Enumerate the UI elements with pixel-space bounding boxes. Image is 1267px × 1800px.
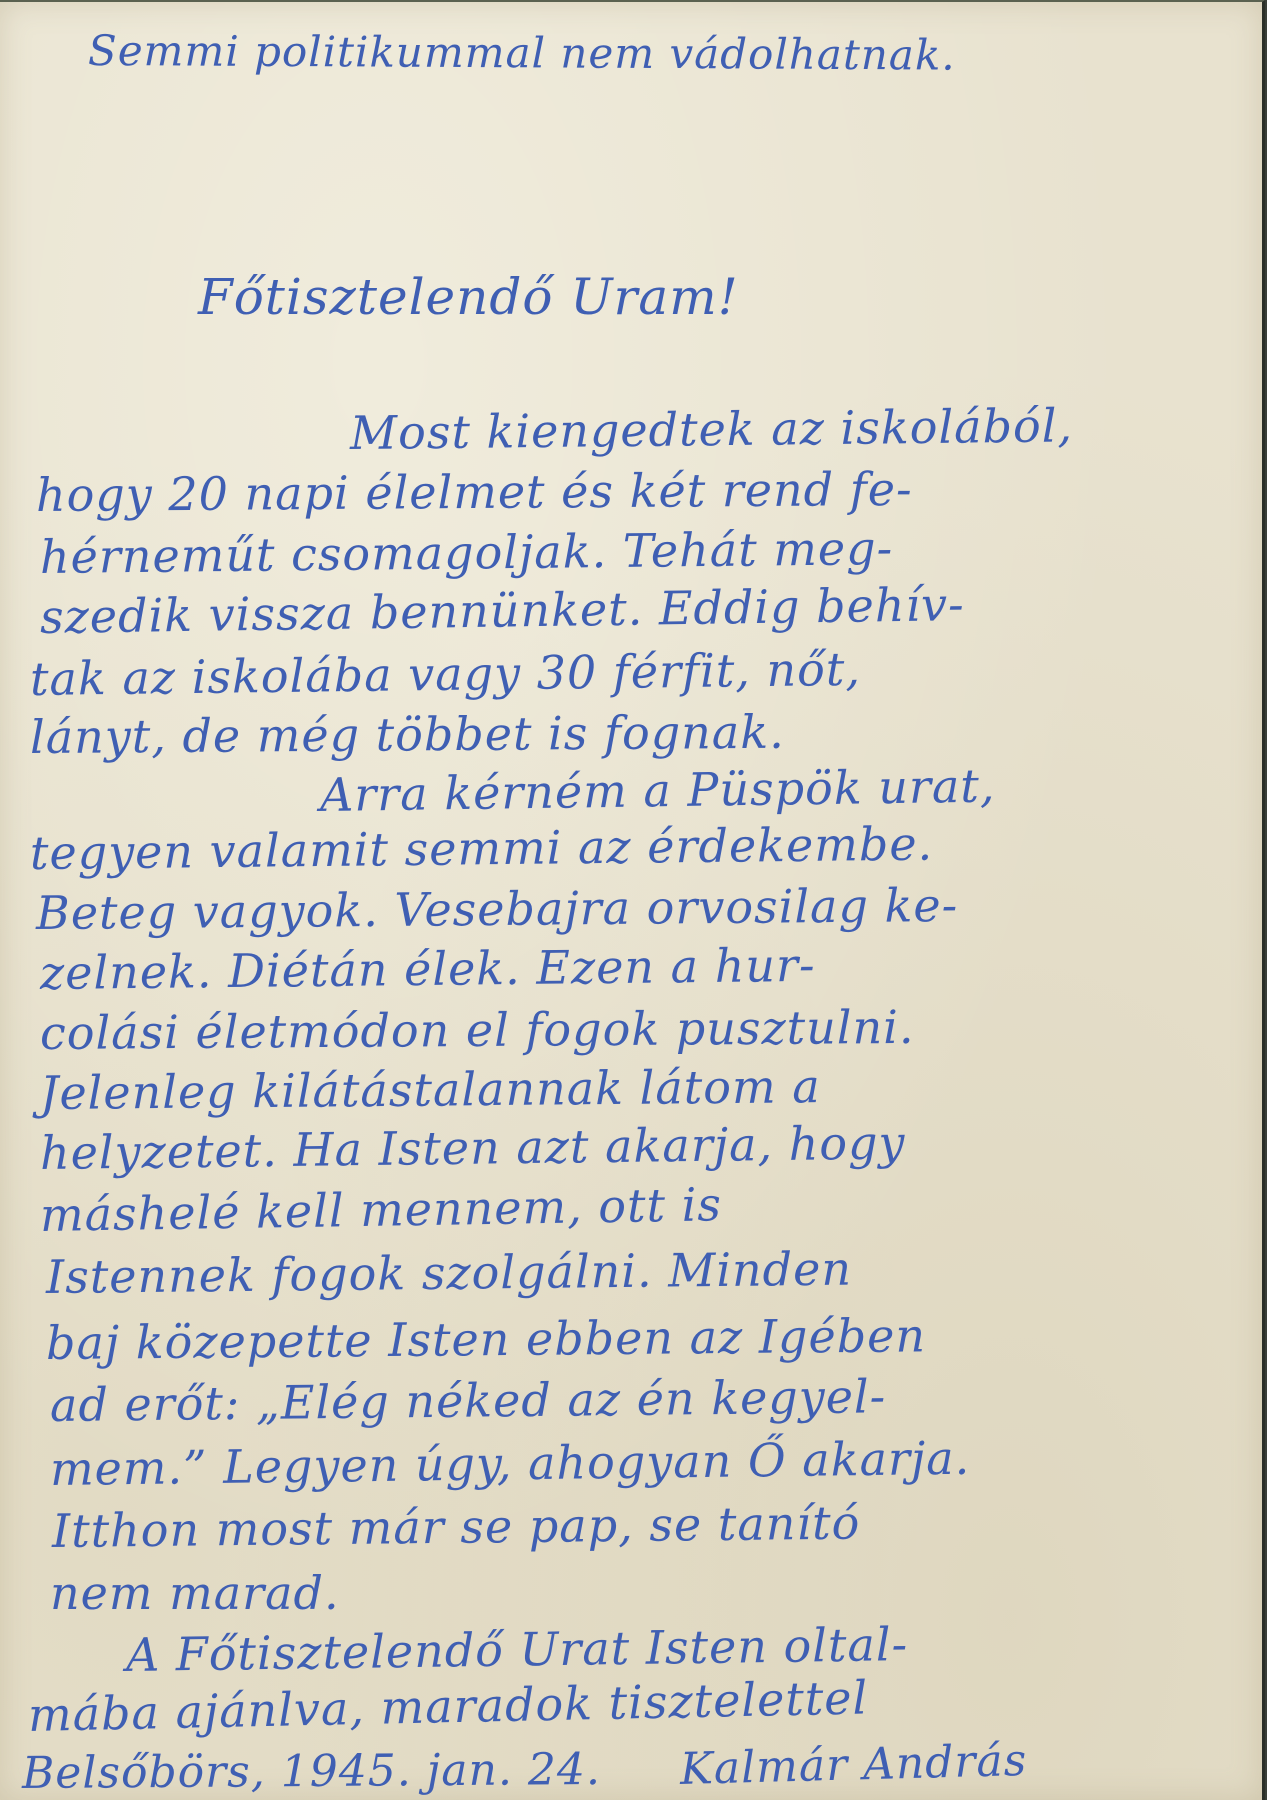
body-line: Arra kérném a Püspök urat, <box>320 763 996 818</box>
body-line: colási életmódon el fogok pusztulni. <box>40 1004 915 1056</box>
body-line: szedik vissza bennünket. Eddig behív- <box>40 581 965 640</box>
body-line: Istennek fogok szolgálni. Minden <box>46 1246 852 1300</box>
signature: Kalmár András <box>679 1739 1027 1792</box>
body-line: Most kiengedtek az iskolából, <box>350 402 1073 456</box>
place-date: Belsőbörs, 1945. jan. 24. <box>22 1748 601 1796</box>
body-line: A Főtisztelendő Urat Isten oltal- <box>126 1621 909 1678</box>
body-line: máshelé kell mennem, ott is <box>40 1181 723 1238</box>
body-line: hérneműt csomagoljak. Tehát meg- <box>40 525 894 580</box>
body-line: helyzetet. Ha Isten azt akarja, hogy <box>40 1119 906 1176</box>
body-line: mem.” Legyen úgy, ahogyan Ő akarja. <box>50 1435 971 1492</box>
body-line: Jelenleg kilátástalannak látom a <box>40 1063 821 1116</box>
body-line: tegyen valamit semmi az érdekembe. <box>30 821 934 876</box>
header-note: Semmi politikummal nem vádolhatnak. <box>88 30 956 77</box>
body-line: hogy 20 napi élelmet és két rend fe- <box>36 466 913 518</box>
salutation: Főtisztelendő Uram! <box>198 272 739 322</box>
body-line: lányt, de még többet is fognak. <box>30 709 785 760</box>
body-line: Beteg vagyok. Vesebajra orvosilag ke- <box>36 882 959 936</box>
body-line: mába ajánlva, maradok tisztelettel <box>28 1674 869 1738</box>
body-line: nem marad. <box>50 1570 340 1616</box>
letter-page: Semmi politikummal nem vádolhatnak. Főti… <box>0 0 1265 1800</box>
body-line: tak az iskolába vagy 30 férfit, nőt, <box>30 646 861 702</box>
body-line: ad erőt: „Elég néked az én kegyel- <box>50 1373 887 1428</box>
body-line: baj közepette Isten ebben az Igében <box>46 1312 926 1366</box>
body-line: zelnek. Diétán élek. Ezen a hur- <box>40 942 816 996</box>
body-line: Itthon most már se pap, se tanító <box>52 1500 861 1554</box>
